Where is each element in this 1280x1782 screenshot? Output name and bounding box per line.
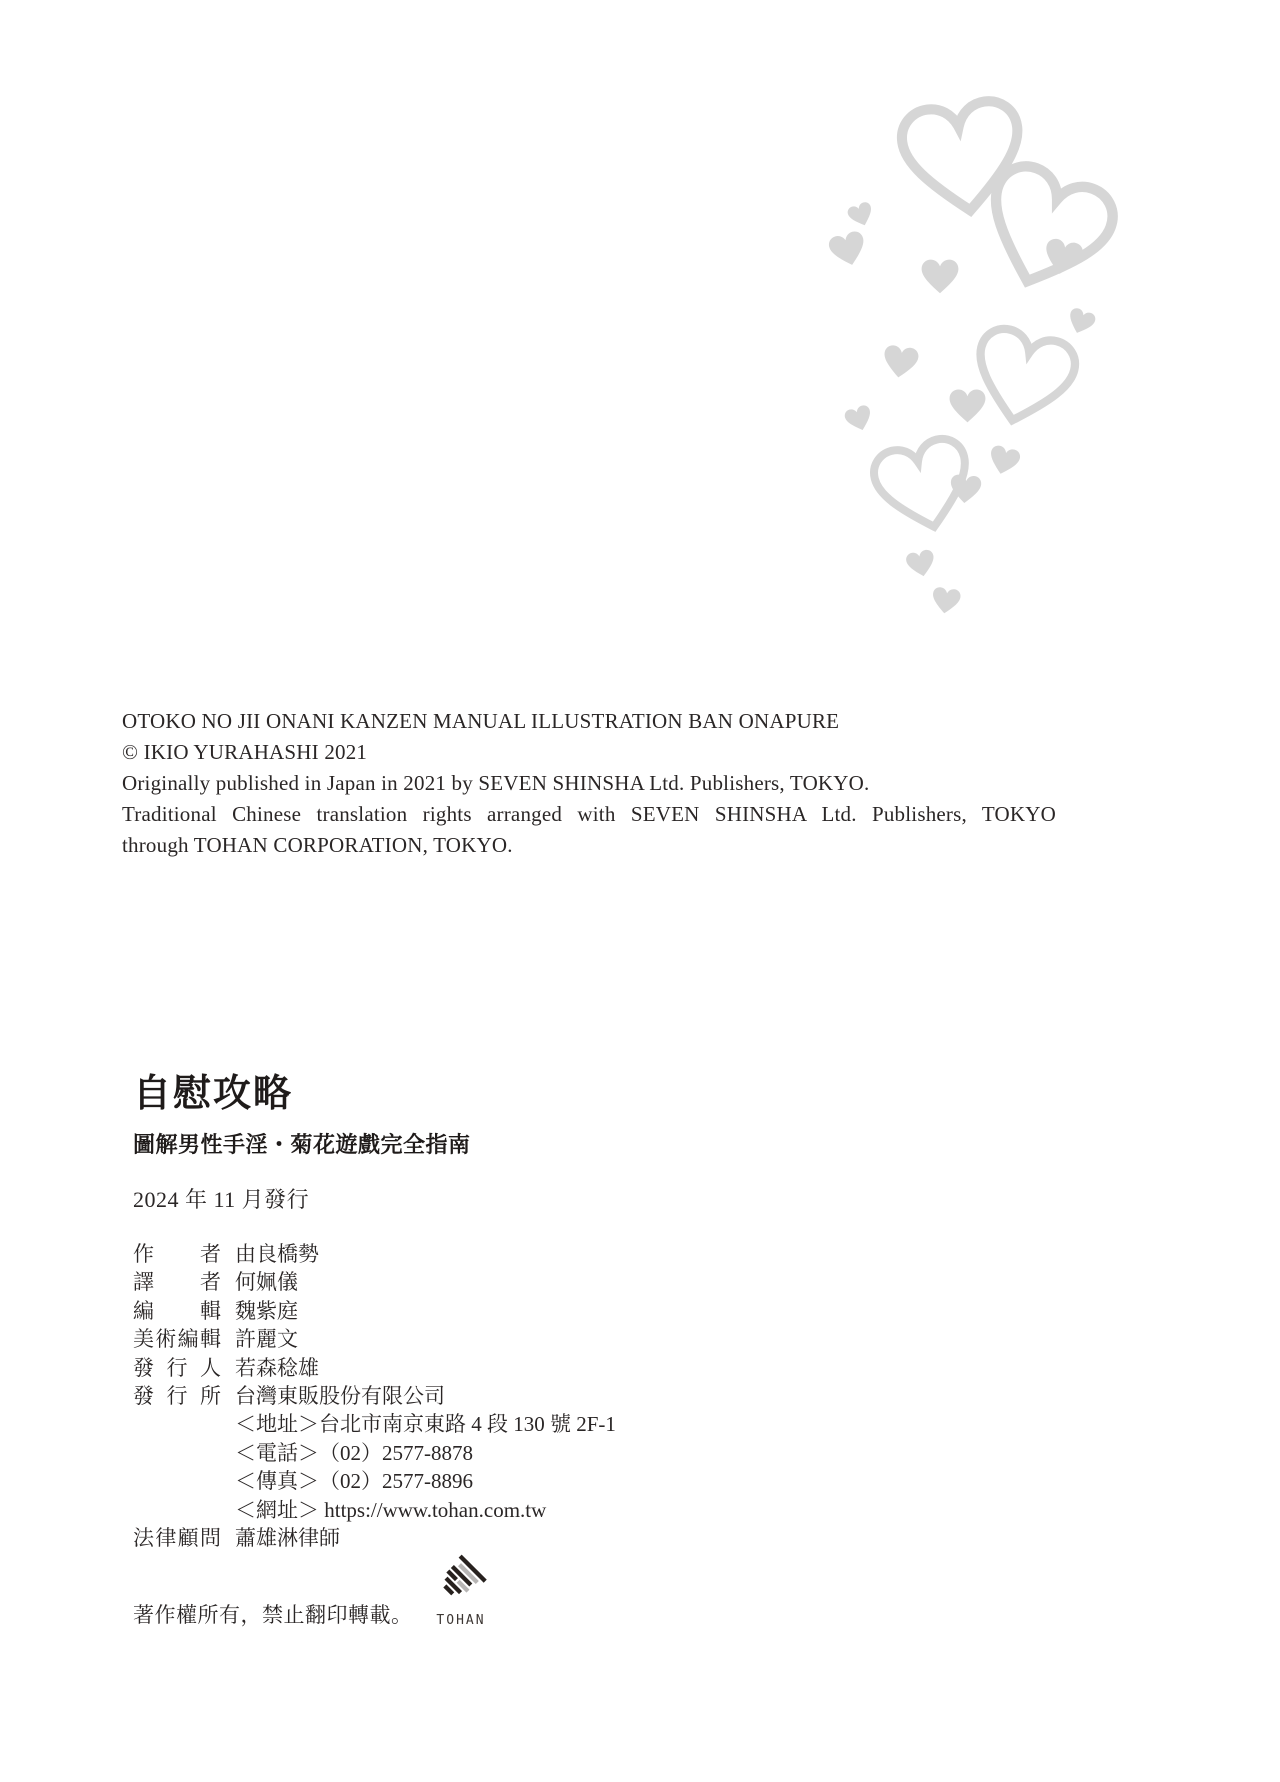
- heart-solid-icon: [903, 547, 938, 580]
- credit-row-fax: ＜傳真＞（02）2577-8896: [133, 1467, 753, 1495]
- credit-label: 作者: [133, 1240, 221, 1268]
- heart-solid-icon: [845, 199, 878, 230]
- heart-solid-icon: [920, 258, 960, 295]
- credit-row-art-editor: 美術編輯 許麗文: [133, 1325, 753, 1353]
- tohan-logo-text: TOHAN: [426, 1613, 496, 1628]
- credit-label: 發行人: [133, 1354, 221, 1382]
- credit-row-address: ＜地址＞台北市南京東路 4 段 130 號 2F-1: [133, 1410, 753, 1438]
- copyright-notice: 著作權所有，禁止翻印轉載。: [133, 1599, 413, 1629]
- credits-table: 作者 由良橋勢 譯者 何姵儀 編輯 魏紫庭 美術編輯 許麗文 發行人 若森稔雄 …: [133, 1240, 753, 1552]
- copyright-line: through TOHAN CORPORATION, TOKYO.: [122, 830, 1056, 861]
- copyright-line: © IKIO YURAHASHI 2021: [122, 737, 1056, 768]
- credit-label: [133, 1439, 221, 1467]
- credit-row-publisher-company: 發行所 台灣東販股份有限公司: [133, 1382, 753, 1410]
- credit-value: ＜網址＞ https://www.tohan.com.tw: [235, 1496, 546, 1524]
- heart-solid-icon: [947, 472, 983, 505]
- credit-row-author: 作者 由良橋勢: [133, 1240, 753, 1268]
- heart-solid-icon: [985, 443, 1024, 480]
- credit-label: 發行所: [133, 1382, 221, 1410]
- credit-value: 若森稔雄: [235, 1354, 319, 1382]
- credit-label: 編輯: [133, 1297, 221, 1325]
- heart-solid-icon: [1040, 235, 1087, 279]
- credit-label: [133, 1467, 221, 1495]
- heart-outline-icon: [864, 429, 983, 542]
- credit-row-phone: ＜電話＞（02）2577-8878: [133, 1439, 753, 1467]
- credit-value: 魏紫庭: [235, 1297, 298, 1325]
- credit-value: 許麗文: [235, 1325, 298, 1353]
- credit-value: 蕭雄淋律師: [235, 1524, 340, 1552]
- heart-solid-icon: [929, 585, 963, 617]
- heart-solid-icon: [948, 388, 987, 424]
- credit-value: ＜傳真＞（02）2577-8896: [235, 1467, 473, 1495]
- heart-solid-icon: [879, 343, 920, 382]
- credit-label: 美術編輯: [133, 1325, 221, 1353]
- book-title: 自慰攻略: [133, 1074, 293, 1116]
- credit-label: 譯者: [133, 1268, 221, 1296]
- copyright-line: Traditional Chinese translation rights a…: [122, 799, 1056, 830]
- credit-value: 台灣東販股份有限公司: [235, 1382, 445, 1410]
- credit-row-publisher-person: 發行人 若森稔雄: [133, 1354, 753, 1382]
- heart-outline-icon: [961, 319, 1085, 437]
- colophon-page: OTOKO NO JII ONANI KANZEN MANUAL ILLUSTR…: [0, 0, 1280, 1782]
- tohan-logo: TOHAN: [426, 1551, 496, 1628]
- credit-label: [133, 1410, 221, 1438]
- credit-value: ＜電話＞（02）2577-8878: [235, 1439, 473, 1467]
- credit-row-translator: 譯者 何姵儀: [133, 1268, 753, 1296]
- credit-label: 法律顧問: [133, 1524, 221, 1552]
- heart-solid-icon: [842, 402, 877, 435]
- credit-value: 由良橋勢: [235, 1240, 319, 1268]
- heart-solid-icon: [825, 227, 871, 271]
- heart-solid-icon: [1063, 305, 1098, 339]
- credit-label: [133, 1496, 221, 1524]
- heart-outline-icon: [964, 152, 1127, 309]
- tohan-logo-mark-icon: [432, 1551, 490, 1607]
- credit-value: ＜地址＞台北市南京東路 4 段 130 號 2F-1: [235, 1410, 616, 1438]
- credit-row-legal-advisor: 法律顧問 蕭雄淋律師: [133, 1524, 753, 1552]
- english-copyright-block: OTOKO NO JII ONANI KANZEN MANUAL ILLUSTR…: [122, 706, 1056, 861]
- copyright-line: Originally published in Japan in 2021 by…: [122, 768, 1056, 799]
- copyright-line: OTOKO NO JII ONANI KANZEN MANUAL ILLUSTR…: [122, 706, 1056, 737]
- book-subtitle: 圖解男性手淫・菊花遊戲完全指南: [133, 1128, 471, 1159]
- release-date: 2024 年 11 月發行: [133, 1183, 309, 1214]
- heart-outline-icon: [893, 92, 1034, 224]
- credit-row-editor: 編輯 魏紫庭: [133, 1297, 753, 1325]
- credit-value: 何姵儀: [235, 1268, 298, 1296]
- credit-row-website: ＜網址＞ https://www.tohan.com.tw: [133, 1496, 753, 1524]
